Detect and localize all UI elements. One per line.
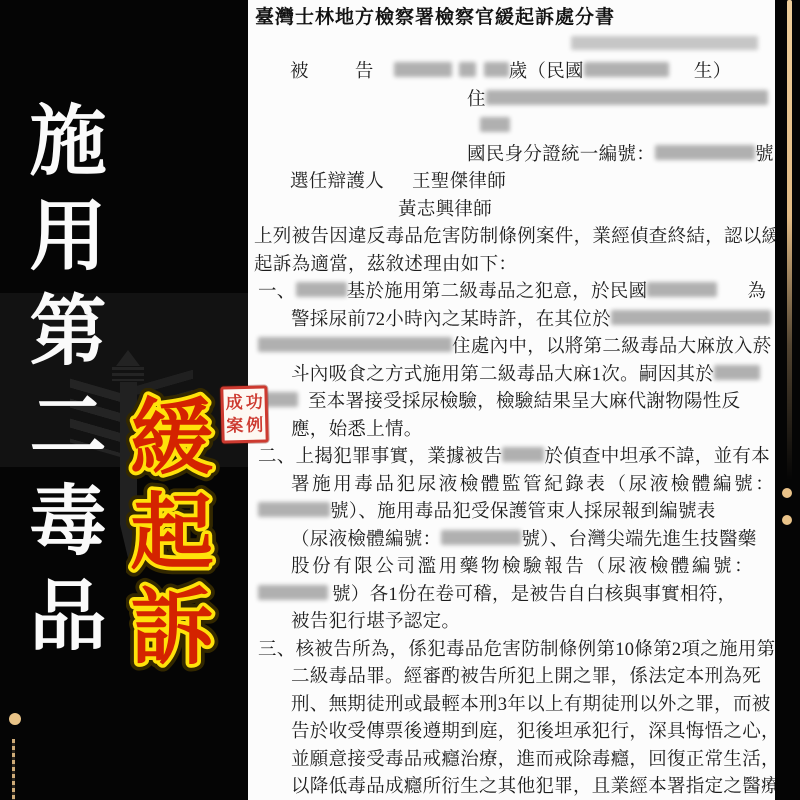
doc-text: 二、上揭犯罪事實，業據被告: [258, 447, 502, 467]
spacer: [309, 76, 355, 77]
doc-text: 選任辯護人: [290, 172, 384, 192]
doc-line: 國民身分證統一編號：號: [467, 142, 775, 170]
watermark-dot: [9, 713, 21, 725]
spacer: [374, 76, 394, 77]
doc-line: 一、基於施用第二級毒品之犯意，於民國為: [258, 279, 775, 307]
doc-line: 並願意接受毒品戒癮治療，進而戒除毒癮，回復正常生活，: [291, 747, 775, 775]
doc-line: 至本署接受採尿檢驗，檢驗結果呈大麻代謝物陽性反: [258, 389, 775, 417]
redacted-text: [484, 62, 509, 77]
doc-text: （尿液檢體編號：: [291, 530, 441, 550]
doc-line: 選任辯護人王聖傑律師: [290, 169, 775, 197]
vertical-title: 施 用 第 二 毒 品: [22, 104, 114, 655]
doc-text: 歲（民國: [509, 62, 584, 82]
doc-line: 應，始悉上情。: [291, 417, 775, 445]
doc-line: 起訴為適當，茲敘述理由如下：: [254, 252, 775, 280]
doc-line: 署施用毒品犯尿液檢體監管紀錄表（尿液檢體編號：: [291, 472, 775, 500]
highlight-char: 起: [131, 487, 214, 579]
redacted-text: [296, 282, 347, 297]
doc-text: 上列被告因違反毒品危害防制條例案件，業經偵查終結，認以緩: [254, 227, 775, 247]
spacer: [717, 296, 747, 297]
vertical-title-char: 用: [30, 199, 107, 275]
redacted-text: [486, 90, 768, 105]
redacted-text: [459, 62, 476, 77]
doc-line: 臺灣士林地方檢察署檢察官緩起訴處分書: [255, 4, 775, 32]
doc-line: 三、核被告所為，係犯毒品危害防制條例第10條第2項之施用第: [258, 637, 775, 665]
doc-text: 被告犯行堪予認定。: [291, 612, 460, 632]
redacted-text: [258, 502, 330, 517]
doc-line: 被告歲（民國生）: [290, 59, 775, 87]
doc-line: 刑、無期徒刑或最輕本刑3年以上有期徒刑以外之罪，而被: [291, 692, 775, 720]
vertical-title-char: 品: [30, 579, 107, 655]
doc-text: 告: [355, 62, 374, 82]
redacted-text: [611, 310, 771, 325]
deferred-prosecution-highlight: 緩 起 訴 緩 起 訴 緩 起 訴: [126, 388, 222, 678]
redacted-text: [480, 117, 510, 132]
doc-text: 警採尿前72小時內之某時許，在其位於: [291, 310, 611, 330]
doc-text: 王聖傑律師: [412, 172, 506, 192]
document-body: 臺灣士林地方檢察署檢察官緩起訴處分書被告歲（民國生）住國民身分證統一編號：號選任…: [248, 0, 775, 800]
redacted-text: [655, 145, 755, 160]
vertical-title-char: 毒: [30, 484, 107, 560]
document-title: 臺灣士林地方檢察署檢察官緩起訴處分書: [255, 7, 615, 28]
doc-text: 號）各1份在卷可稽，是被告自白核與事實相符，: [332, 585, 736, 605]
doc-text: 以降低毒品成癮所衍生之其他犯罪，且業經本署指定之醫療: [291, 777, 775, 797]
doc-text: 生）: [694, 62, 732, 82]
spacer: [452, 76, 459, 77]
doc-text: 起訴為適當，茲敘述理由如下：: [254, 255, 517, 275]
doc-text: 號）、施用毒品犯受保護管束人採尿報到編號表: [330, 502, 716, 522]
stamp-text: 成功: [222, 393, 265, 412]
redacted-text: [502, 447, 544, 462]
doc-text: 股份有限公司濫用藥物檢驗報告（尿液檢體編號：: [291, 557, 755, 577]
redacted-text: [394, 62, 452, 77]
doc-text: 基於施用第二級毒品之犯意，於民國: [347, 282, 648, 302]
doc-line: 股份有限公司濫用藥物檢驗報告（尿液檢體編號：: [291, 554, 775, 582]
doc-text: 斗內吸食之方式施用第二級毒品大麻1次。嗣因其於: [291, 365, 714, 385]
redacted-text: [584, 62, 669, 77]
highlight-char: 緩: [131, 392, 214, 484]
left-panel: 施 用 第 二 毒 品 緩 起 訴 緩 起 訴 緩 起 訴: [0, 0, 248, 800]
doc-text: 為: [747, 282, 766, 302]
doc-text: 於偵查中坦承不諱，並有本: [544, 447, 770, 467]
torn-edge-line: [787, 0, 792, 480]
spacer: [669, 76, 694, 77]
redacted-text: [258, 337, 452, 352]
doc-line: 二級毒品罪。經審酌被告所犯上開之罪，係法定本刑為死: [291, 664, 775, 692]
doc-line: 告於收受傳票後遵期到庭，犯後坦承犯行，深具悔悟之心，: [291, 719, 775, 747]
doc-text: 住處內中，以將第二級毒品大麻放入菸: [452, 337, 772, 357]
edge-dot: [782, 488, 792, 498]
doc-text: 住: [467, 90, 486, 110]
doc-text: 二級毒品罪。經審酌被告所犯上開之罪，係法定本刑為死: [291, 667, 761, 687]
doc-line: 號）、施用毒品犯受保護管束人採尿報到編號表: [258, 499, 775, 527]
doc-text: 刑、無期徒刑或最輕本刑3年以上有期徒刑以外之罪，而被: [291, 695, 771, 715]
redacted-text: [647, 282, 717, 297]
doc-text: 號: [755, 145, 774, 165]
vertical-title-char: 施: [30, 104, 107, 180]
doc-text: 至本署接受採尿檢驗，檢驗結果呈大麻代謝物陽性反: [308, 392, 740, 412]
doc-text: 被: [290, 62, 309, 82]
watermark-script-line: [12, 739, 15, 800]
doc-text: 黃志興律師: [398, 200, 492, 220]
doc-line: 住處內中，以將第二級毒品大麻放入菸: [258, 334, 775, 362]
vertical-title-char: 二: [30, 389, 107, 465]
doc-line: 黃志興律師: [398, 197, 775, 225]
success-case-stamp: 成功 案例: [220, 385, 268, 443]
doc-text: 應，始悉上情。: [291, 420, 423, 440]
spacer: [476, 76, 484, 77]
redacted-text: [441, 530, 521, 545]
spacer: [298, 406, 308, 407]
poster-root: { "colors":{ "panel_bg":"#050505","paper…: [0, 0, 800, 800]
doc-text: 國民身分證統一編號：: [467, 145, 655, 165]
doc-line: [480, 114, 775, 142]
doc-line: 以降低毒品成癮所衍生之其他犯罪，且業經本署指定之醫療: [291, 774, 775, 800]
spacer: [384, 186, 412, 187]
vertical-title-char: 第: [30, 294, 107, 370]
stamp-text: 案例: [223, 416, 266, 435]
doc-line: 二、上揭犯罪事實，業據被告於偵查中坦承不諱，並有本: [258, 444, 775, 472]
doc-text: 三、核被告所為，係犯毒品危害防制條例第10條第2項之施用第: [258, 640, 775, 660]
prosecution-document: 臺灣士林地方檢察署檢察官緩起訴處分書被告歲（民國生）住國民身分證統一編號：號選任…: [248, 0, 775, 800]
doc-line: 被告犯行堪予認定。: [291, 609, 775, 637]
redacted-text: [571, 36, 758, 50]
redacted-text: [258, 585, 328, 600]
doc-line: 住: [467, 87, 775, 115]
doc-line: （尿液檢體編號：號）、台灣尖端先進生技醫藥: [291, 527, 775, 555]
doc-text: 署施用毒品犯尿液檢體監管紀錄表（尿液檢體編號：: [291, 475, 775, 495]
doc-text: 告於收受傳票後遵期到庭，犯後坦承犯行，深具悔悟之心，: [291, 722, 775, 742]
justice-sword-watermark-icon: [112, 367, 144, 381]
doc-text: 一、: [258, 282, 296, 302]
doc-text: 並願意接受毒品戒癮治療，進而戒除毒癮，回復正常生活，: [291, 750, 775, 770]
edge-dot: [782, 515, 792, 525]
redacted-text: [714, 365, 760, 380]
doc-text: 號）、台灣尖端先進生技醫藥: [521, 530, 756, 550]
doc-line: 號）各1份在卷可稽，是被告自白核與事實相符，: [258, 582, 775, 610]
doc-line: 上列被告因違反毒品危害防制條例案件，業經偵查終結，認以緩: [254, 224, 775, 252]
highlight-char: 訴: [131, 582, 214, 674]
doc-line: 斗內吸食之方式施用第二級毒品大麻1次。嗣因其於: [291, 362, 775, 390]
doc-line: [571, 32, 775, 60]
doc-line: 警採尿前72小時內之某時許，在其位於: [291, 307, 775, 335]
